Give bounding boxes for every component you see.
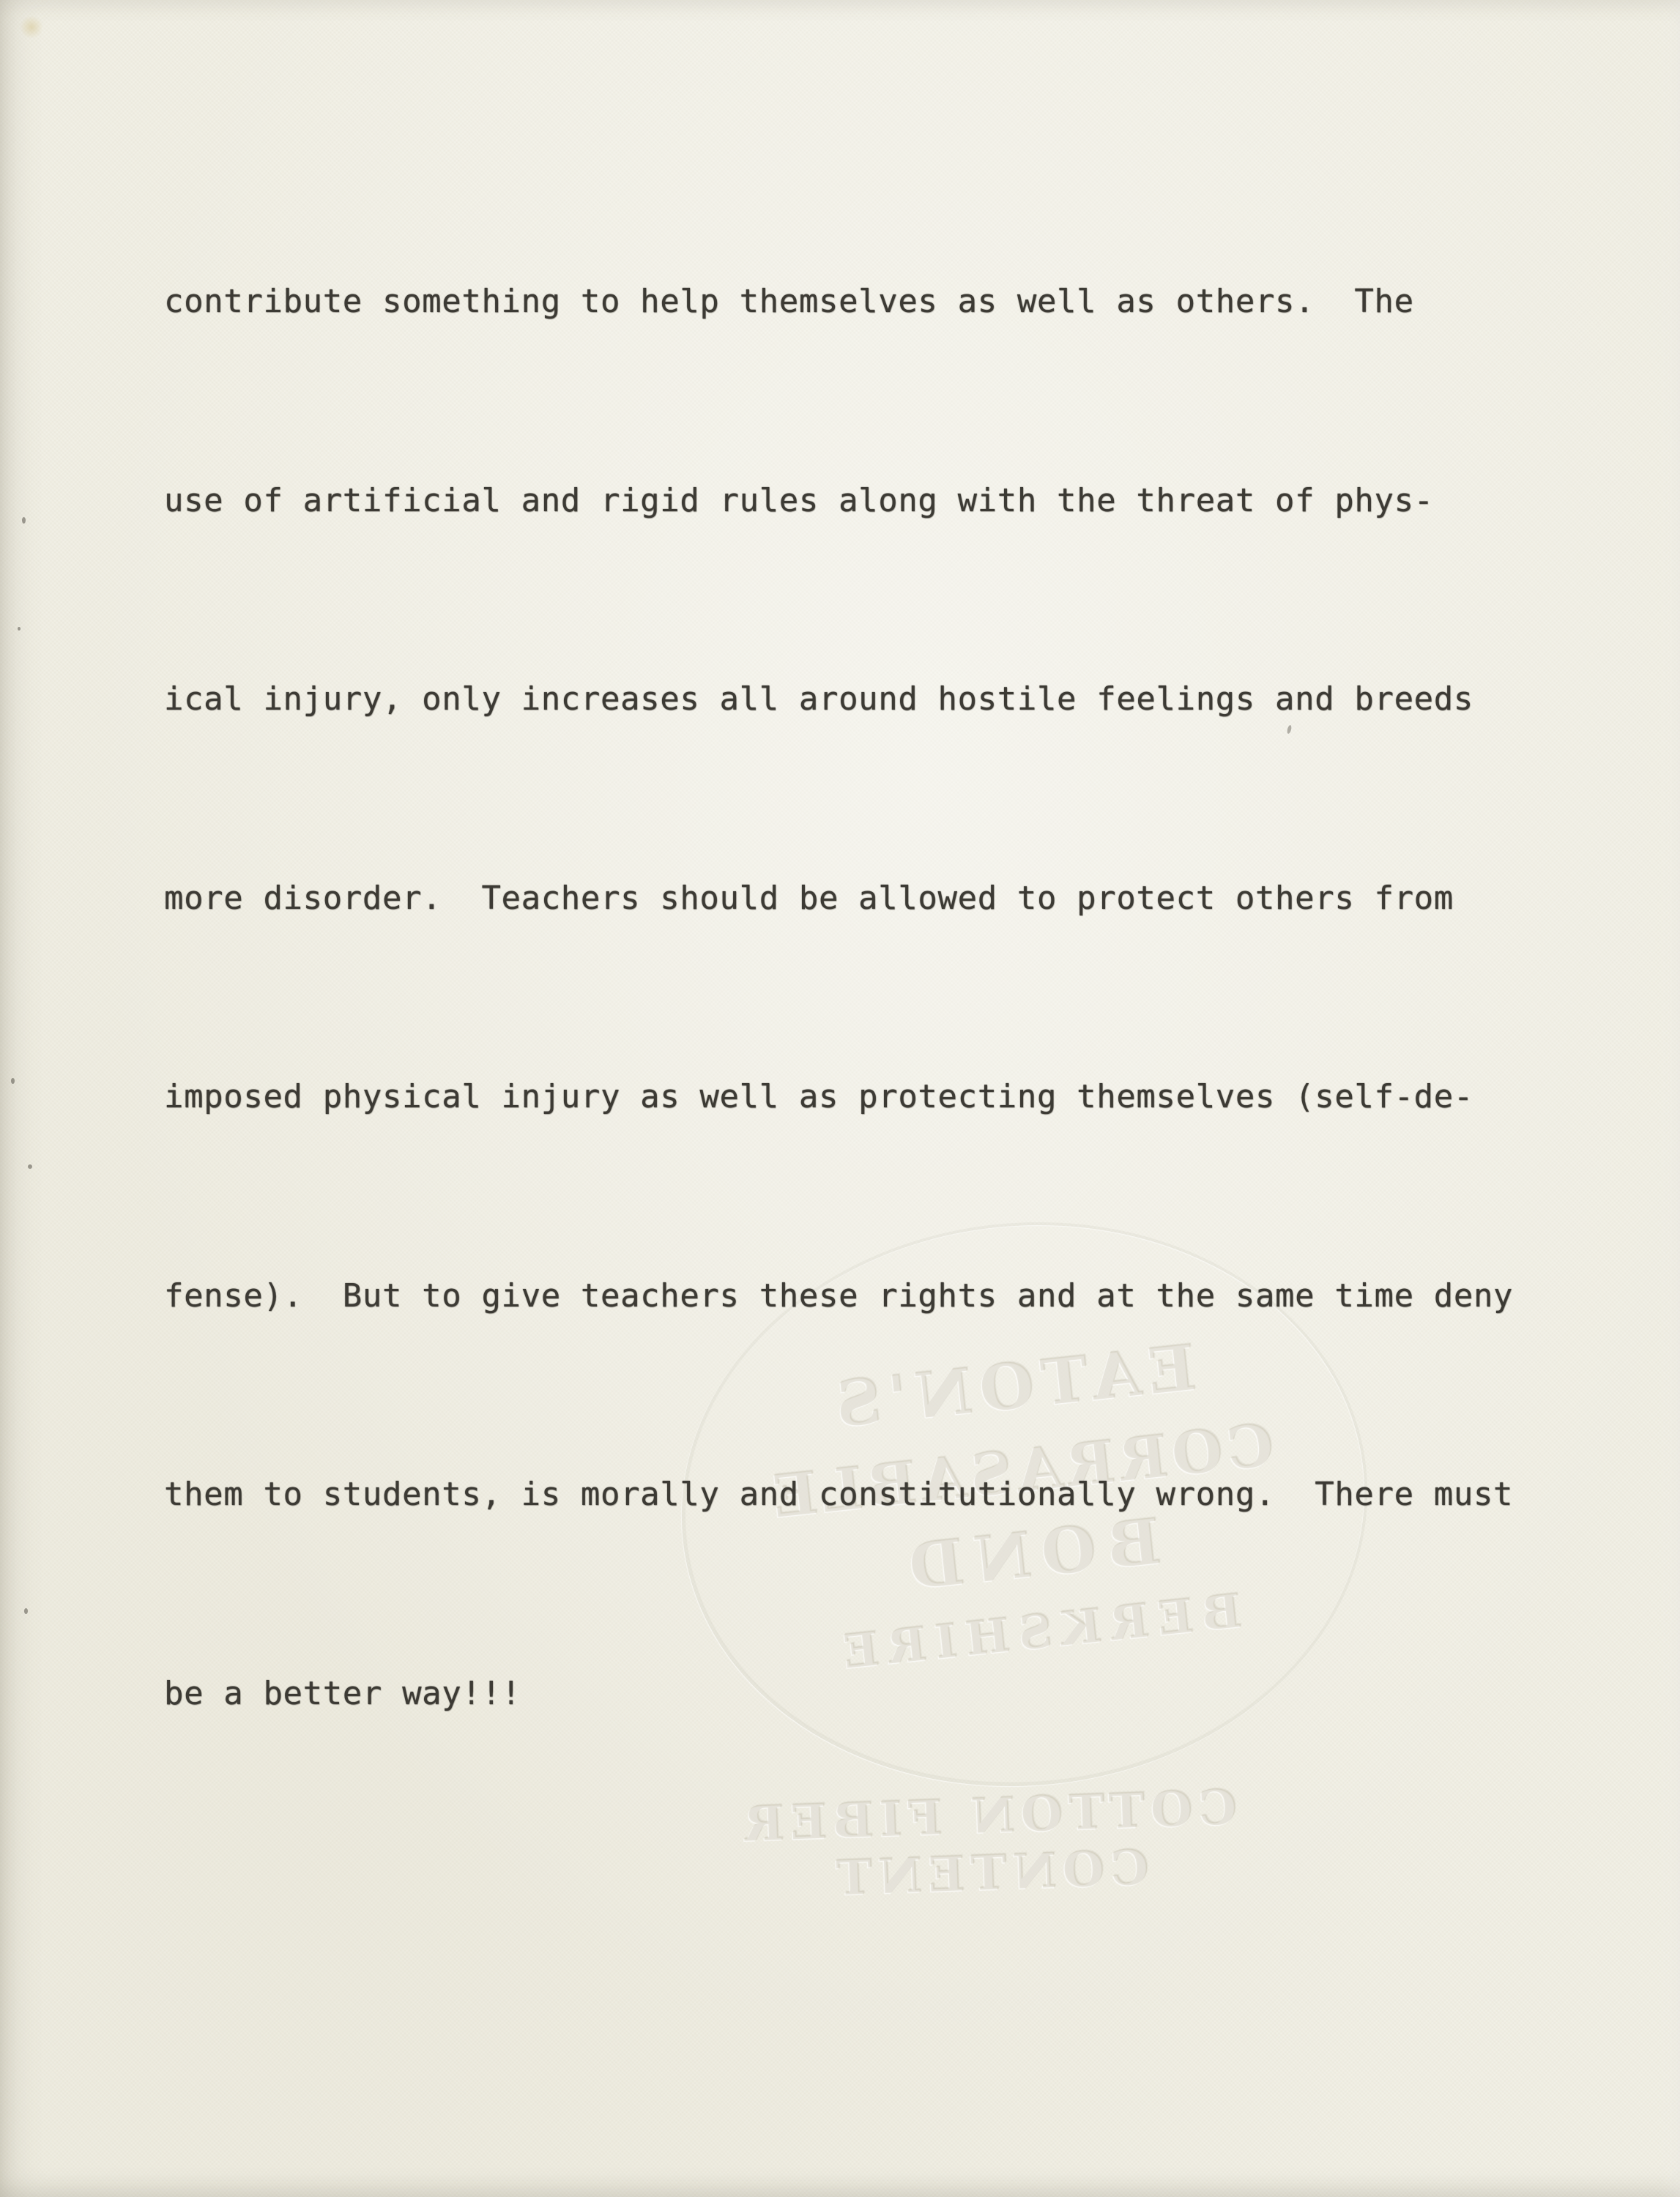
paper-speck [28, 1164, 32, 1169]
typed-line: fense). But to give teachers these right… [164, 1263, 1614, 1330]
paper-sheet: EATON'S CORRASABLE BOND BERKSHIRE COTTON… [0, 0, 1680, 2197]
paper-speck [22, 517, 26, 524]
typed-text-block: contribute something to help themselves … [164, 136, 1614, 1859]
paper-speck [18, 627, 21, 631]
typed-line: contribute something to help themselves … [164, 269, 1614, 335]
typed-line: more disorder. Teachers should be allowe… [164, 866, 1614, 932]
typed-line: them to students, is morally and constit… [164, 1462, 1614, 1528]
typed-line: be a better way!!! [164, 1661, 1614, 1728]
typed-line: imposed physical injury as well as prote… [164, 1064, 1614, 1131]
typed-line: ical injury, only increases all around h… [164, 666, 1614, 733]
paper-speck [24, 1608, 28, 1614]
stain-spot [19, 16, 44, 38]
paper-speck [11, 1078, 15, 1084]
typed-line: use of artificial and rigid rules along … [164, 468, 1614, 535]
